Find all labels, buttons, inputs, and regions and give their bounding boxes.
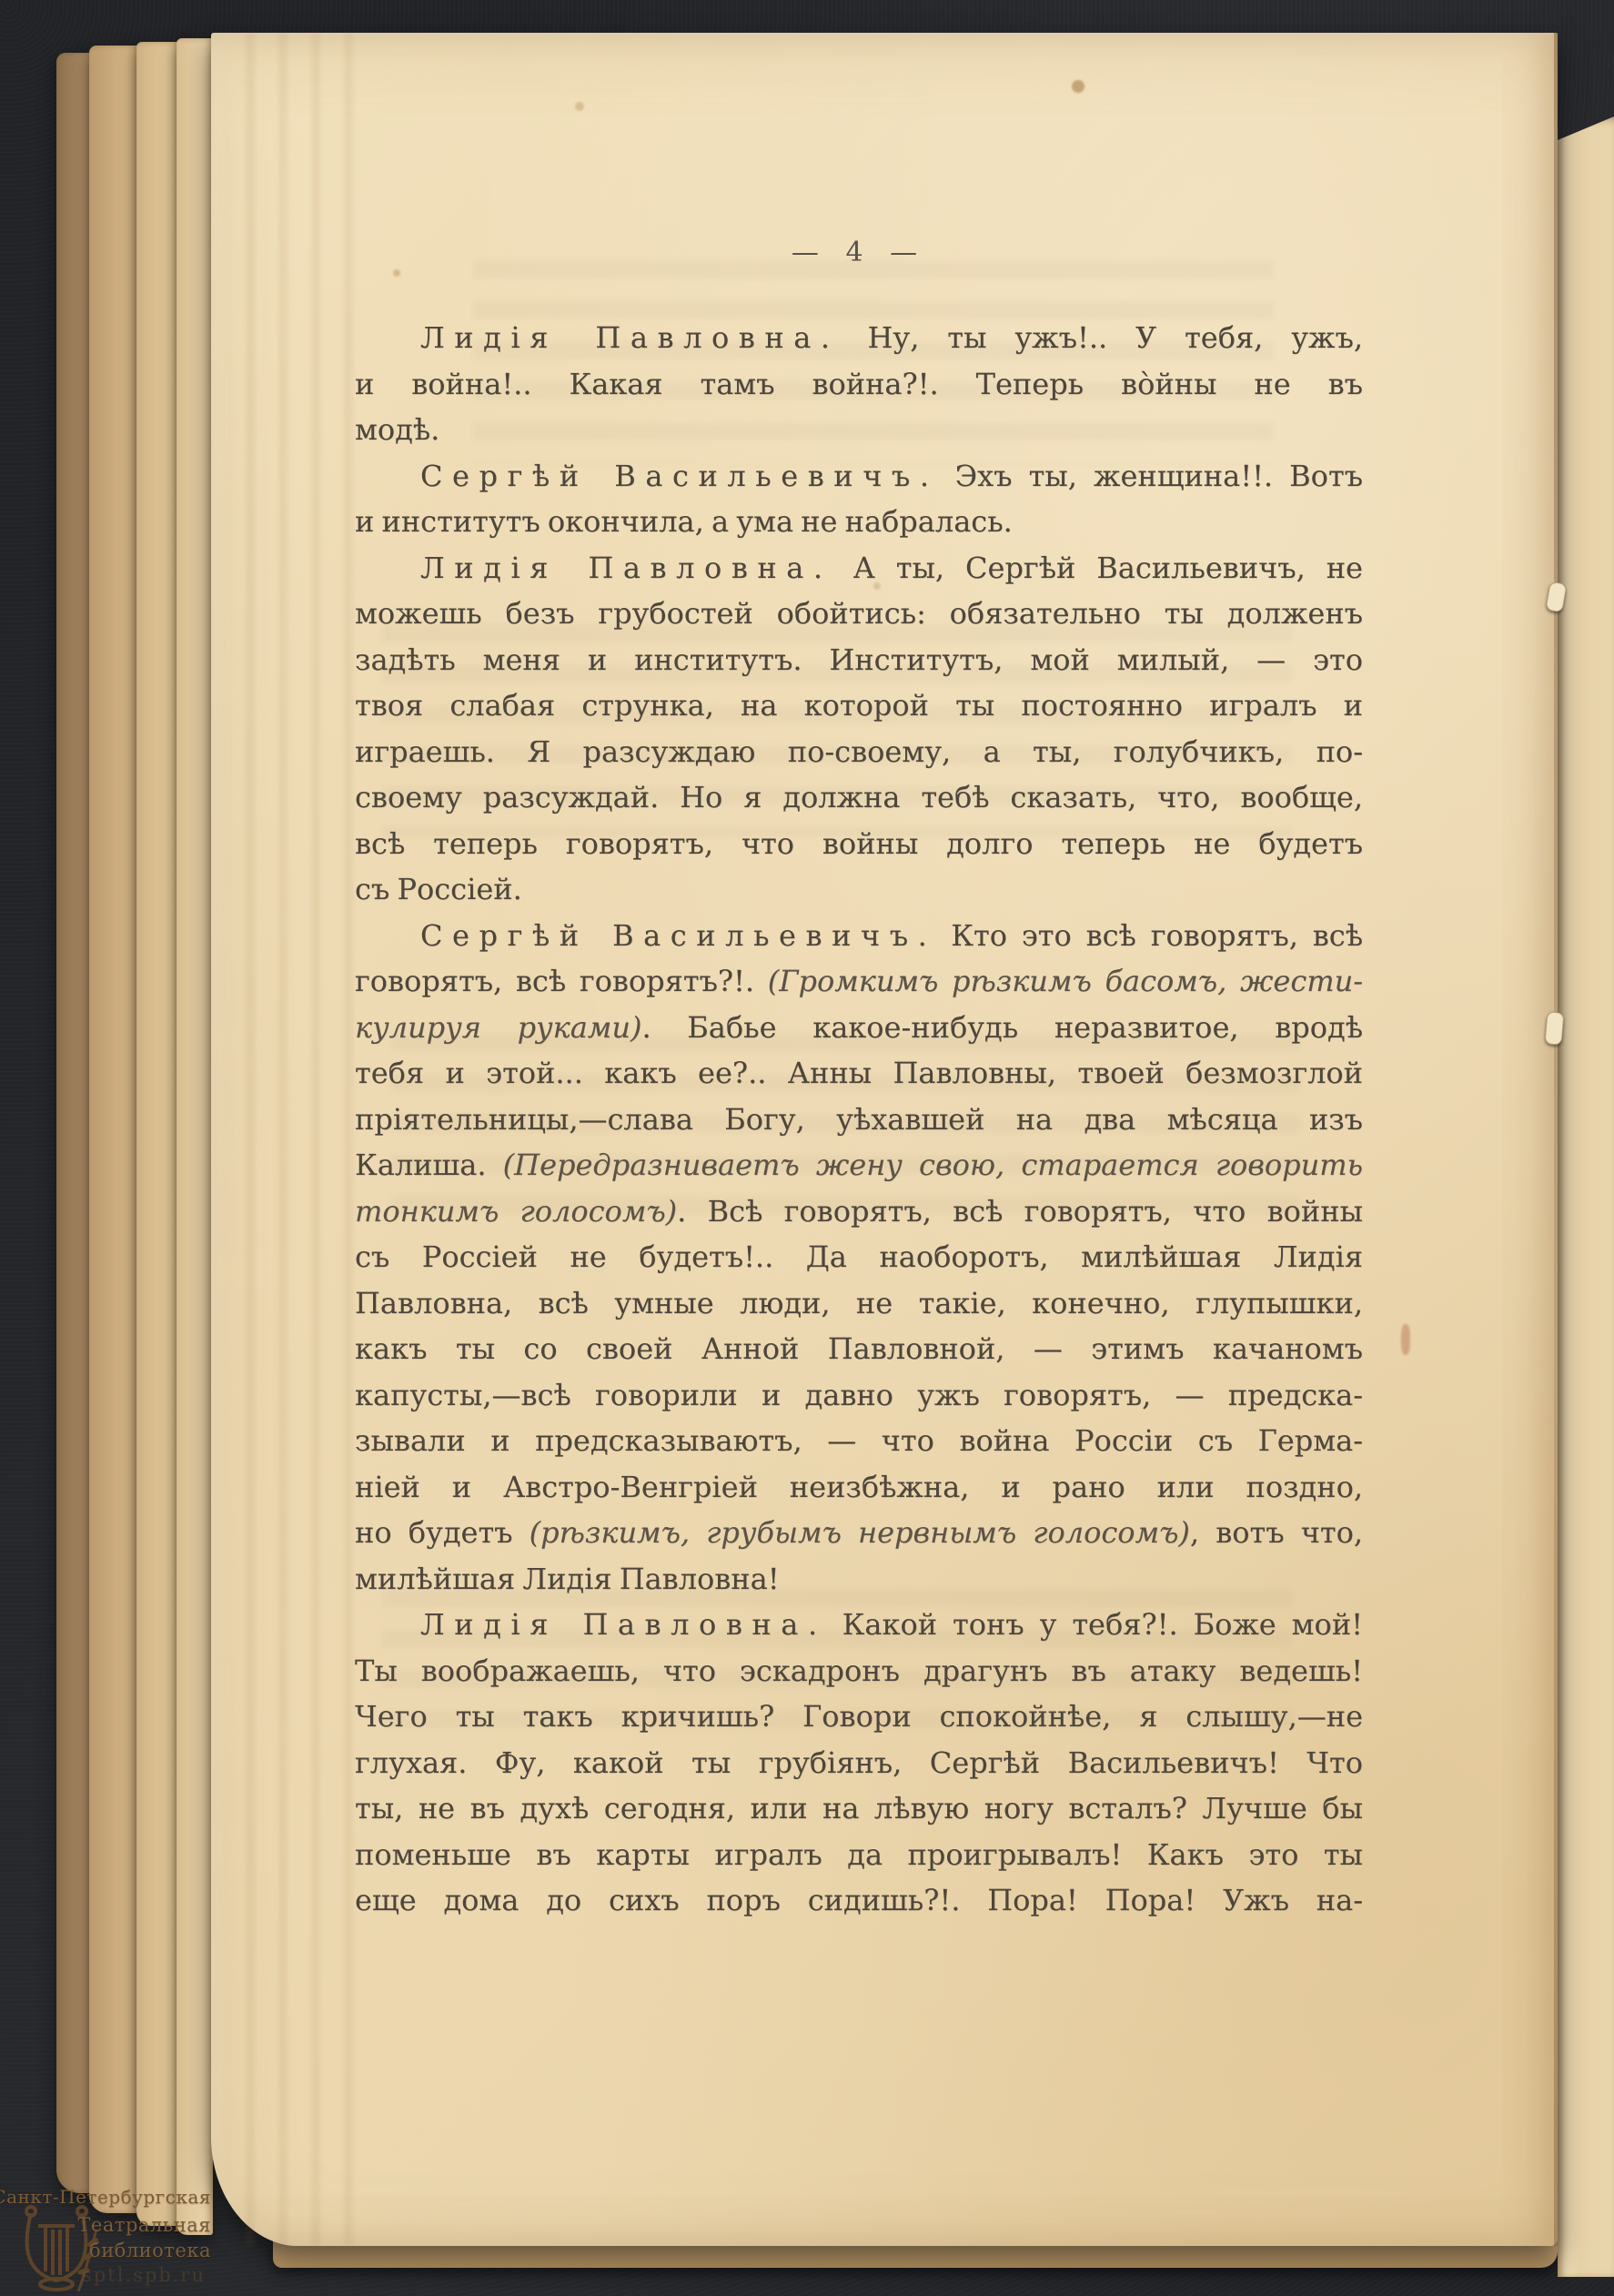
page-stack-edge-4 [177, 38, 213, 2235]
text-line: тебя и этой... какъ ее?.. Анны Павловны,… [355, 1050, 1363, 1097]
text-line: какъ ты со своей Анной Павловной, — этим… [355, 1326, 1363, 1372]
text-line: Чего ты такъ кричишь? Говори спокойнѣе, … [355, 1694, 1363, 1740]
text-line: еще дома до сихъ поръ сидишь?!. Пора! По… [355, 1877, 1363, 1924]
dialogue-text: съ Россіей. [355, 872, 522, 906]
dialogue-text: и война!.. Какая тамъ война?!. Теперь во… [355, 367, 1363, 401]
dialogue-text: . Всѣ говорятъ, всѣ говорятъ, что войны [677, 1194, 1363, 1229]
dialogue-text: капусты,—всѣ говорили и давно ужъ говоря… [355, 1378, 1363, 1412]
dialogue-text: можешь безъ грубостей обойтись: обязател… [355, 596, 1363, 631]
dialogue-text: ты, не въ духѣ сегодня, или на лѣвую ног… [355, 1791, 1363, 1826]
speaker-name: Лидія Павловна. [420, 320, 840, 355]
dialogue-text: и институтъ окончила, а ума не набралась… [355, 504, 1013, 539]
dialogue-text: своему разсуждай. Но я должна тебѣ сказа… [355, 780, 1363, 814]
text-line: Лидія Павловна. А ты, Сергѣй Васильевичъ… [355, 545, 1363, 592]
text-line: Сергѣй Васильевичъ. Эхъ ты, женщина!!. В… [355, 453, 1363, 500]
text-line: но будетъ (рѣзкимъ, грубымъ нервнымъ гол… [355, 1510, 1363, 1556]
dialogue-text: но будетъ [355, 1515, 530, 1550]
dialogue-text: глухая. Фу, какой ты грубіянъ, Сергѣй Ва… [355, 1745, 1363, 1780]
text-line: говорятъ, всѣ говорятъ?!. (Громкимъ рѣзк… [355, 958, 1363, 1005]
paragraph: Сергѣй Васильевичъ. Кто это всѣ говорятъ… [355, 913, 1363, 1603]
dialogue-text: Какой тонъ у тебя?!. Боже мой! [827, 1607, 1363, 1642]
text-line: ты, не въ духѣ сегодня, или на лѣвую ног… [355, 1785, 1363, 1832]
stage-direction: (Передразниваетъ жену свою, старается го… [503, 1148, 1363, 1182]
paper-stain [1401, 1324, 1410, 1355]
dialogue-text: говорятъ, всѣ говорятъ?!. [355, 964, 768, 998]
dialogue-text: пріятельницы,—слава Богу, уѣхавшей на дв… [355, 1102, 1363, 1137]
watermark-url: sptl.spb.ru [82, 2264, 206, 2286]
text-line: глухая. Фу, какой ты грубіянъ, Сергѣй Ва… [355, 1740, 1363, 1786]
text-line: Лидія Павловна. Ну, ты ужъ!.. У тебя, уж… [355, 315, 1363, 361]
dialogue-text: Калиша. [355, 1148, 503, 1182]
watermark-line-2: Театральная [77, 2214, 211, 2236]
text-line: съ Россіей. [355, 866, 1363, 913]
stage-direction: (рѣзкимъ, грубымъ нервнымъ голосомъ) [530, 1515, 1190, 1550]
text-line: милѣйшая Лидія Павловна! [355, 1556, 1363, 1603]
paragraph: Лидія Павловна. Какой тонъ у тебя?!. Бож… [355, 1602, 1363, 1924]
speaker-name: Лидія Павловна. [420, 551, 832, 585]
stage-direction: тонкимъ голосомъ) [355, 1194, 677, 1229]
text-line: зывали и предсказываютъ, — что война Рос… [355, 1418, 1363, 1464]
dialogue-text: Ты воображаешь, что эскадронъ драгунъ въ… [355, 1654, 1363, 1688]
text-line: съ Россіей не будетъ!.. Да наоборотъ, ми… [355, 1234, 1363, 1280]
page-stack-edge-3 [136, 42, 178, 2226]
dialogue-text: еще дома до сихъ поръ сидишь?!. Пора! По… [355, 1883, 1363, 1917]
binding-stitch-bottom [1544, 1011, 1564, 1046]
page-number: — 4 — [355, 237, 1363, 268]
text-line: капусты,—всѣ говорили и давно ужъ говоря… [355, 1372, 1363, 1419]
text-line: Павловна, всѣ умные люди, не такіе, коне… [355, 1280, 1363, 1327]
stage-direction: (Громкимъ рѣзкимъ басомъ, жести- [768, 964, 1363, 998]
text-line: кулируя руками). Бабье какое-нибудь нера… [355, 1005, 1363, 1051]
book-page: — 4 — Лидія Павловна. Ну, ты ужъ!.. У те… [211, 33, 1558, 2246]
dialogue-text: ніей и Австро-Венгріей неизбѣжна, и рано… [355, 1470, 1363, 1504]
page-stack-edge-1 [56, 53, 91, 2193]
dialogue-text: играешь. Я разсуждаю по-своему, а ты, го… [355, 734, 1363, 769]
text-line: Ты воображаешь, что эскадронъ драгунъ въ… [355, 1648, 1363, 1694]
page-stack-edge-2 [89, 46, 138, 2213]
dialogue-text: Ну, ты ужъ!.. У тебя, ужъ, [840, 320, 1363, 355]
dialogue-text: поменьше въ карты игралъ да проигрывалъ!… [355, 1837, 1363, 1872]
text-line: пріятельницы,—слава Богу, уѣхавшей на дв… [355, 1097, 1363, 1143]
dialogue-text: всѣ теперь говорятъ, что войны долго теп… [355, 826, 1363, 861]
dialogue-text: . Бабье какое-нибудь неразвитое, вродѣ [641, 1010, 1363, 1045]
dialogue-text: Эхъ ты, женщина!!. Вотъ [939, 459, 1363, 493]
text-line: твоя слабая струнка, на которой ты посто… [355, 683, 1363, 729]
text-line: ніей и Австро-Венгріей неизбѣжна, и рано… [355, 1464, 1363, 1511]
watermark-line-3: библиотека [89, 2240, 211, 2261]
paper-streaks [246, 33, 364, 2246]
text-line: можешь безъ грубостей обойтись: обязател… [355, 591, 1363, 637]
text-line: Лидія Павловна. Какой тонъ у тебя?!. Бож… [355, 1602, 1363, 1648]
dialogue-text: твоя слабая струнка, на которой ты посто… [355, 688, 1363, 723]
facing-page-edge [1558, 116, 1614, 2277]
text-line: и война!.. Какая тамъ война?!. Теперь во… [355, 361, 1363, 408]
dialogue-text: задѣть меня и институтъ. Институтъ, мой … [355, 642, 1363, 677]
text-line: играешь. Я разсуждаю по-своему, а ты, го… [355, 729, 1363, 775]
play-text: Лидія Павловна. Ну, ты ужъ!.. У тебя, уж… [355, 315, 1363, 1924]
scanned-book-photo: — 4 — Лидія Павловна. Ну, ты ужъ!.. У те… [0, 0, 1614, 2296]
dialogue-text: зывали и предсказываютъ, — что война Рос… [355, 1423, 1363, 1458]
dialogue-text: , вотъ что, [1190, 1515, 1363, 1550]
dialogue-text: Павловна, всѣ умные люди, не такіе, коне… [355, 1286, 1363, 1320]
dialogue-text: Чего ты такъ кричишь? Говори спокойнѣе, … [355, 1699, 1363, 1734]
paragraph: Лидія Павловна. А ты, Сергѣй Васильевичъ… [355, 545, 1363, 913]
paragraph: Лидія Павловна. Ну, ты ужъ!.. У тебя, уж… [355, 315, 1363, 453]
dialogue-text: Кто это всѣ говорятъ, всѣ [936, 918, 1363, 953]
dialogue-text: модѣ. [355, 412, 439, 447]
speaker-name: Сергѣй Васильевичъ. [420, 918, 936, 953]
text-line: Сергѣй Васильевичъ. Кто это всѣ говорятъ… [355, 913, 1363, 959]
text-line: задѣть меня и институтъ. Институтъ, мой … [355, 637, 1363, 683]
paper-stain [575, 102, 584, 111]
text-line: Калиша. (Передразниваетъ жену свою, стар… [355, 1142, 1363, 1188]
paper-stain [1072, 80, 1084, 93]
speaker-name: Лидія Павловна. [420, 1607, 827, 1642]
text-line: модѣ. [355, 407, 1363, 453]
speaker-name: Сергѣй Васильевичъ. [420, 459, 939, 493]
paper-stain [393, 269, 400, 277]
watermark-line-1: Санкт-Петербургская [0, 2186, 211, 2208]
text-line: тонкимъ голосомъ). Всѣ говорятъ, всѣ гов… [355, 1188, 1363, 1235]
dialogue-text: милѣйшая Лидія Павловна! [355, 1562, 780, 1596]
dialogue-text: А ты, Сергѣй Васильевичъ, не [832, 551, 1363, 585]
dialogue-text: тебя и этой... какъ ее?.. Анны Павловны,… [355, 1056, 1363, 1090]
dialogue-text: какъ ты со своей Анной Павловной, — этим… [355, 1331, 1363, 1366]
stage-direction: кулируя руками) [355, 1010, 641, 1045]
paragraph: Сергѣй Васильевичъ. Эхъ ты, женщина!!. В… [355, 453, 1363, 545]
text-line: поменьше въ карты игралъ да проигрывалъ!… [355, 1832, 1363, 1878]
dialogue-text: съ Россіей не будетъ!.. Да наоборотъ, ми… [355, 1239, 1363, 1274]
text-line: всѣ теперь говорятъ, что войны долго теп… [355, 821, 1363, 867]
text-line: своему разсуждай. Но я должна тебѣ сказа… [355, 774, 1363, 821]
text-line: и институтъ окончила, а ума не набралась… [355, 499, 1363, 545]
